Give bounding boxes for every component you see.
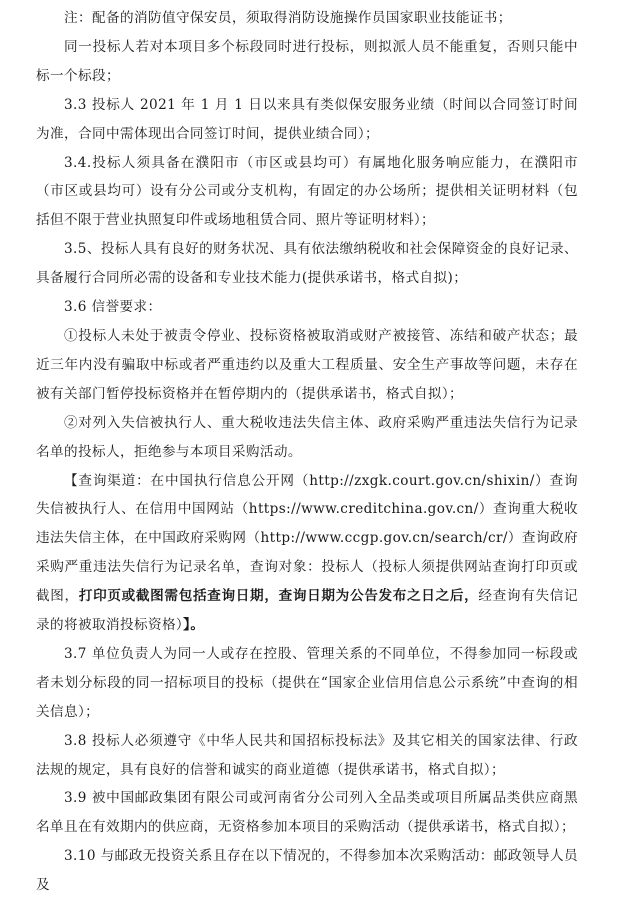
requirement-3-6-2-paragraph: ②对列入失信被执行人、重大税收违法失信主体、政府采购严重违法失信行为记录名单的投… [36,409,578,467]
requirement-3-4-paragraph: 3.4.投标人须具备在濮阳市（市区或县均可）有属地化服务响应能力，在濮阳市（市区… [36,149,578,236]
query-channel-bold-text: 打印页或截图需包括查询日期，查询日期为公告发布之日之后， [79,588,479,604]
requirement-3-7-paragraph: 3.7 单位负责人为同一人或存在控股、管理关系的不同单位，不得参加同一标段或者未… [36,640,578,727]
query-channel-paragraph: 【查询渠道：在中国执行信息公开网（http://zxgk.court.gov.c… [36,467,578,640]
requirement-3-8-paragraph: 3.8 投标人必须遵守《中华人民共和国招标投标法》及其它相关的国家法律、行政法规… [36,727,578,785]
document-page: 注：配备的消防值守保安员，须取得消防设施操作员国家职业技能证书； 同一投标人若对… [0,0,624,900]
requirement-3-3-paragraph: 3.3 投标人 2021 年 1 月 1 日以来具有类似保安服务业绩（时间以合同… [36,91,578,149]
query-channel-end-bracket: 】。 [183,617,204,633]
requirement-3-9-paragraph: 3.9 被中国邮政集团有限公司或河南省分公司列入全品类或项目所属品类供应商黑名单… [36,784,578,842]
requirement-3-6-1-paragraph: ①投标人未处于被责令停业、投标资格被取消或财产被接管、冻结和破产状态；最近三年内… [36,322,578,409]
requirement-3-5-paragraph: 3.5、投标人具有良好的财务状况、具有依法缴纳税收和社会保障资金的良好记录、具备… [36,235,578,293]
requirement-3-10-paragraph: 3.10 与邮政无投资关系且存在以下情况的，不得参加本次采购活动：邮政领导人员及 [36,842,578,900]
query-channel-text: 【查询渠道：在中国执行信息公开网（http://zxgk.court.gov.c… [36,473,578,605]
requirement-3-6-heading: 3.6 信誉要求： [36,293,578,322]
note-fire-guard-paragraph: 注：配备的消防值守保安员，须取得消防设施操作员国家职业技能证书； [36,4,578,33]
note-multi-lot-paragraph: 同一投标人若对本项目多个标段同时进行投标，则拟派人员不能重复，否则只能中标一个标… [36,33,578,91]
